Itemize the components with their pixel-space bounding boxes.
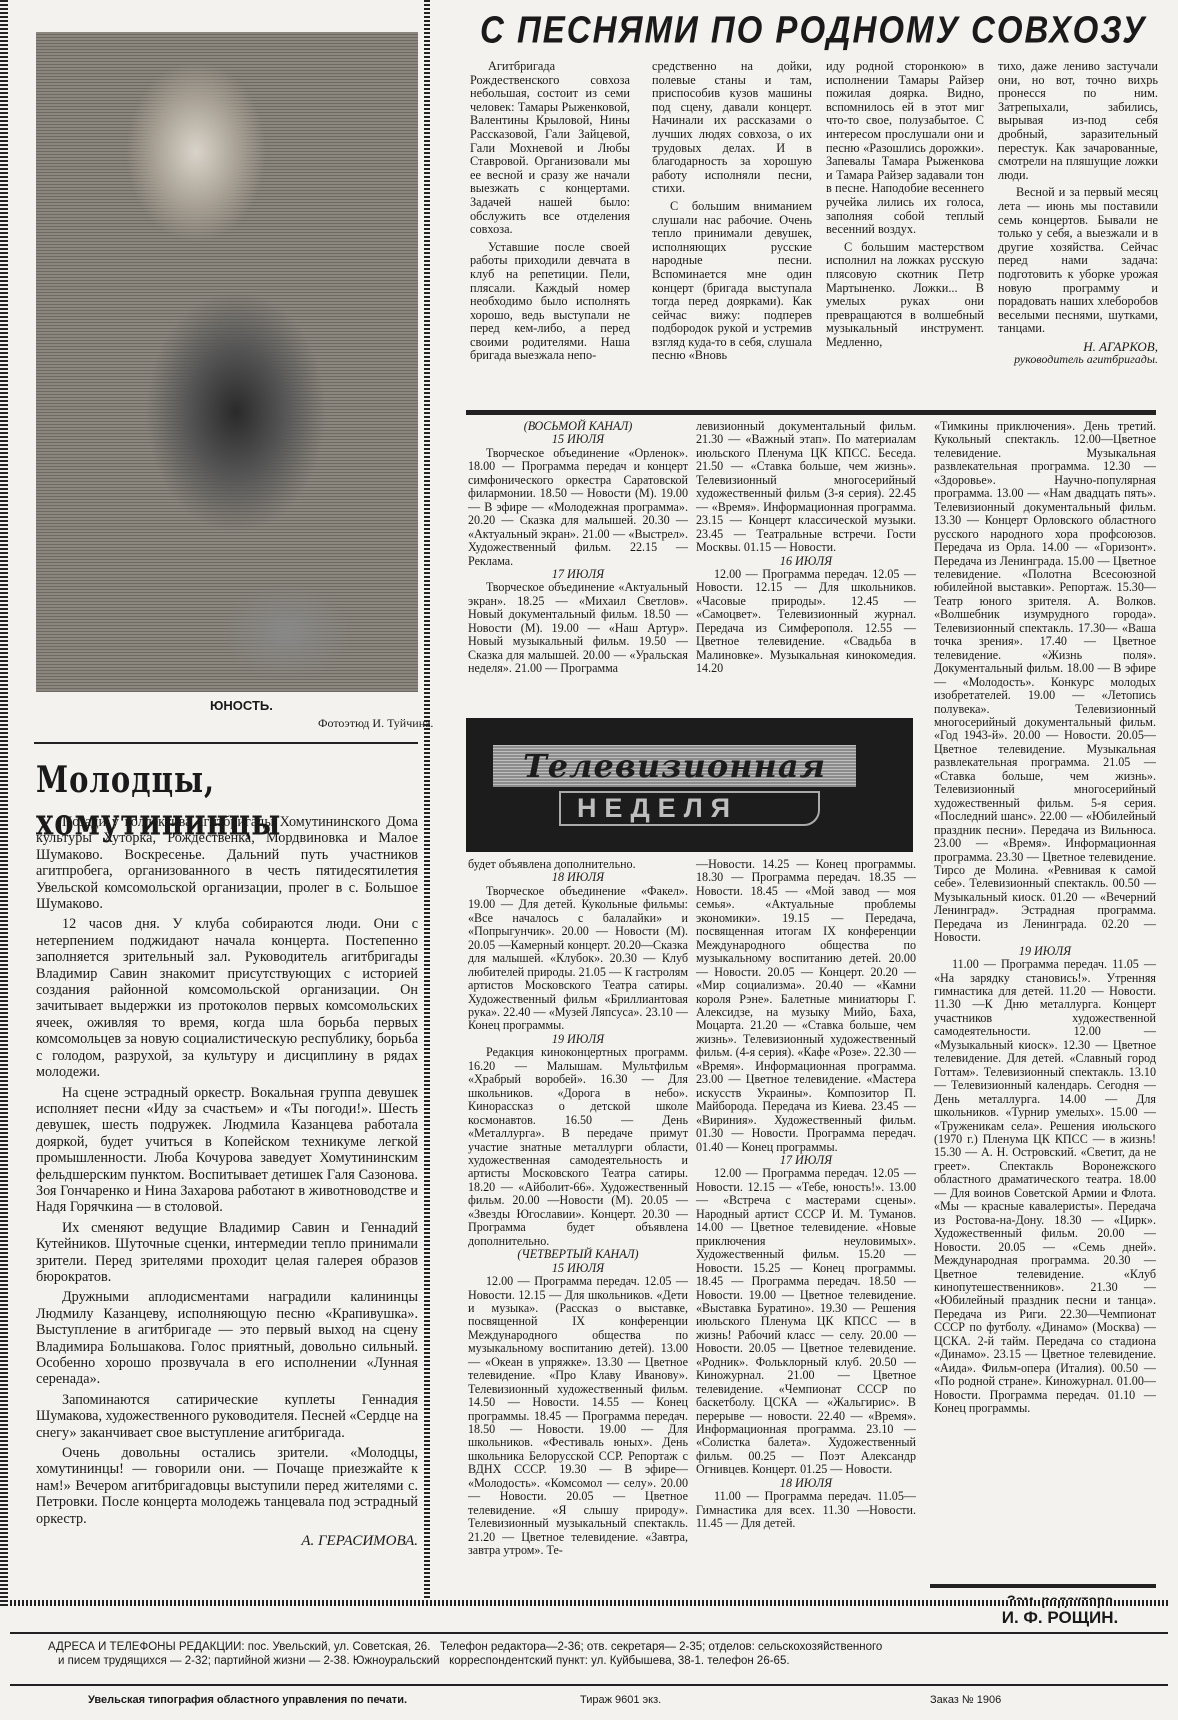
date-label: 18 ИЮЛЯ	[696, 1477, 916, 1490]
left-margin-ruler	[0, 0, 8, 1606]
tv-listing: Творческое объединение «Орленок». 18.00 …	[468, 447, 688, 568]
address-text: и писем трудящихся — 2-32; партийной жиз…	[58, 1655, 440, 1667]
paragraph: С большим мастерством исполнил на ложках…	[826, 241, 984, 350]
tv-week-banner: Телевизионная НЕДЕЛЯ	[466, 718, 913, 852]
address-text: пос. Увельский, ул. Советская, 26.	[248, 1641, 431, 1653]
tv-listing: 11.00 — Программа передач. 11.05 — «На з…	[934, 958, 1156, 1415]
tv-listing: 12.00 — Программа передач. 12.05 — Новос…	[696, 568, 916, 676]
paragraph: иду родной сторонкою» в исполнении Тамар…	[826, 60, 984, 237]
paragraph: С большим вниманием слушали нас рабочие.…	[652, 200, 812, 363]
tv-listing: 12.00 — Программа передач. 12.05 — Новос…	[696, 1167, 916, 1476]
tv-listing: 11.00 — Программа передач. 11.05—Гимнаст…	[696, 1490, 916, 1530]
footer-addresses: АДРЕСА И ТЕЛЕФОНЫ РЕДАКЦИИ: пос. Увельск…	[48, 1640, 882, 1668]
banner-subtitle: НЕДЕЛЯ	[559, 791, 820, 826]
paragraph: 12 часов дня. У клуба собираются люди. О…	[36, 916, 418, 1080]
channel-label: (ВОСЬМОЙ КАНАЛ)	[468, 420, 688, 433]
bottom-ruler	[10, 1600, 1168, 1606]
phones-text: Телефон редактора—2-36; отв. секретаря— …	[440, 1641, 882, 1653]
tv-listing: Редакция киноконцертных программ. 16.20 …	[468, 1046, 688, 1248]
tv-column-1-bottom: будет объявлена дополнительно. 18 ИЮЛЯ Т…	[468, 858, 688, 1558]
top-article-author: Н. АГАРКОВ,	[998, 340, 1158, 354]
top-article-column-3: иду родной сторонкою» в исполнении Тамар…	[826, 60, 984, 353]
date-label: 15 ИЮЛЯ	[468, 433, 688, 446]
address-label: АДРЕСА И ТЕЛЕФОНЫ РЕДАКЦИИ:	[48, 1641, 245, 1653]
top-article-column-4: тихо, даже лениво застучали они, но вот,…	[998, 60, 1158, 367]
paragraph: средственно на дойки, полевые станы и та…	[652, 60, 812, 196]
tv-listing: «Тимкины приключения». День третий. Куко…	[934, 420, 1156, 945]
tv-column-1-top: (ВОСЬМОЙ КАНАЛ) 15 ИЮЛЯ Творческое объед…	[468, 420, 688, 676]
date-label: 17 ИЮЛЯ	[468, 568, 688, 581]
order-number: Заказ № 1906	[930, 1694, 1001, 1706]
paragraph: Дружными аплодисментами наградили калини…	[36, 1289, 418, 1387]
divider	[34, 742, 418, 744]
tv-listing: 12.00 — Программа передач. 12.05 — Новос…	[468, 1275, 688, 1558]
divider	[10, 1632, 1168, 1634]
paragraph: тихо, даже лениво застучали они, но вот,…	[998, 60, 1158, 182]
photo-credit: Фотоэтюд И. Туйчина.	[318, 716, 433, 731]
photo-youth	[36, 32, 418, 692]
date-label: 19 ИЮЛЯ	[468, 1033, 688, 1046]
photo-caption: ЮНОСТЬ.	[210, 698, 273, 713]
paragraph: Их сменяют ведущие Владимир Савин и Генн…	[36, 1220, 418, 1286]
tv-column-2-top: левизионный документальный фильм. 21.30 …	[696, 420, 916, 676]
tv-section-rule	[466, 410, 1156, 415]
tv-listing: —Новости. 14.25 — Конец программы. 18.30…	[696, 858, 916, 1154]
phones-text: корреспондентский пункт: ул. Куйбышева, …	[449, 1655, 789, 1667]
paragraph: Очень довольны остались зрители. «Молодц…	[36, 1445, 418, 1527]
date-label: 19 ИЮЛЯ	[934, 945, 1156, 958]
editor-signature: Зам. редактора И. Ф. РОЩИН.	[960, 1592, 1160, 1628]
column-divider-ruler	[424, 0, 430, 1606]
left-article-body: Позади у коллектива агитбригады Хомутини…	[36, 814, 418, 1549]
tv-listing: Творческое объединение «Актуальный экран…	[468, 581, 688, 675]
date-label: 18 ИЮЛЯ	[468, 871, 688, 884]
divider	[10, 1684, 1168, 1686]
tv-listing: будет объявлена дополнительно.	[468, 858, 688, 871]
banner-title: Телевизионная	[493, 745, 856, 787]
top-article-column-1: Агитбригада Рождественского совхоза небо…	[470, 60, 630, 367]
circulation: Тираж 9601 экз.	[580, 1694, 661, 1706]
paragraph: На сцене эстрадный оркестр. Вокальная гр…	[36, 1085, 418, 1216]
date-label: 15 ИЮЛЯ	[468, 1262, 688, 1275]
paragraph: Весной и за первый месяц лета — июнь мы …	[998, 186, 1158, 336]
tv-listing: Творческое объединение «Факел». 19.00 — …	[468, 885, 688, 1033]
top-article-author-title: руководитель агитбригады.	[998, 353, 1158, 367]
tv-listing: левизионный документальный фильм. 21.30 …	[696, 420, 916, 555]
tv-column-2-bottom: —Новости. 14.25 — Конец программы. 18.30…	[696, 858, 916, 1531]
channel-label: (ЧЕТВЕРТЫЙ КАНАЛ)	[468, 1248, 688, 1261]
paragraph: Запоминаются сатирические куплеты Геннад…	[36, 1392, 418, 1441]
tv-column-3: «Тимкины приключения». День третий. Куко…	[934, 420, 1156, 1416]
editor-name: И. Ф. РОЩИН.	[960, 1608, 1160, 1628]
date-label: 16 ИЮЛЯ	[696, 555, 916, 568]
divider	[930, 1584, 1156, 1588]
paragraph: Уставшие после своей работы приходили де…	[470, 241, 630, 363]
left-article-author: А. ГЕРАСИМОВА.	[36, 1533, 418, 1549]
printer-info: Увельская типография областного управлен…	[88, 1694, 407, 1706]
top-article-headline: С ПЕСНЯМИ ПО РОДНОМУ СОВХОЗУ	[480, 8, 1147, 52]
date-label: 17 ИЮЛЯ	[696, 1154, 916, 1167]
top-article-column-2: средственно на дойки, полевые станы и та…	[652, 60, 812, 367]
paragraph: Агитбригада Рождественского совхоза небо…	[470, 60, 630, 237]
paragraph: Позади у коллектива агитбригады Хомутини…	[36, 814, 418, 912]
